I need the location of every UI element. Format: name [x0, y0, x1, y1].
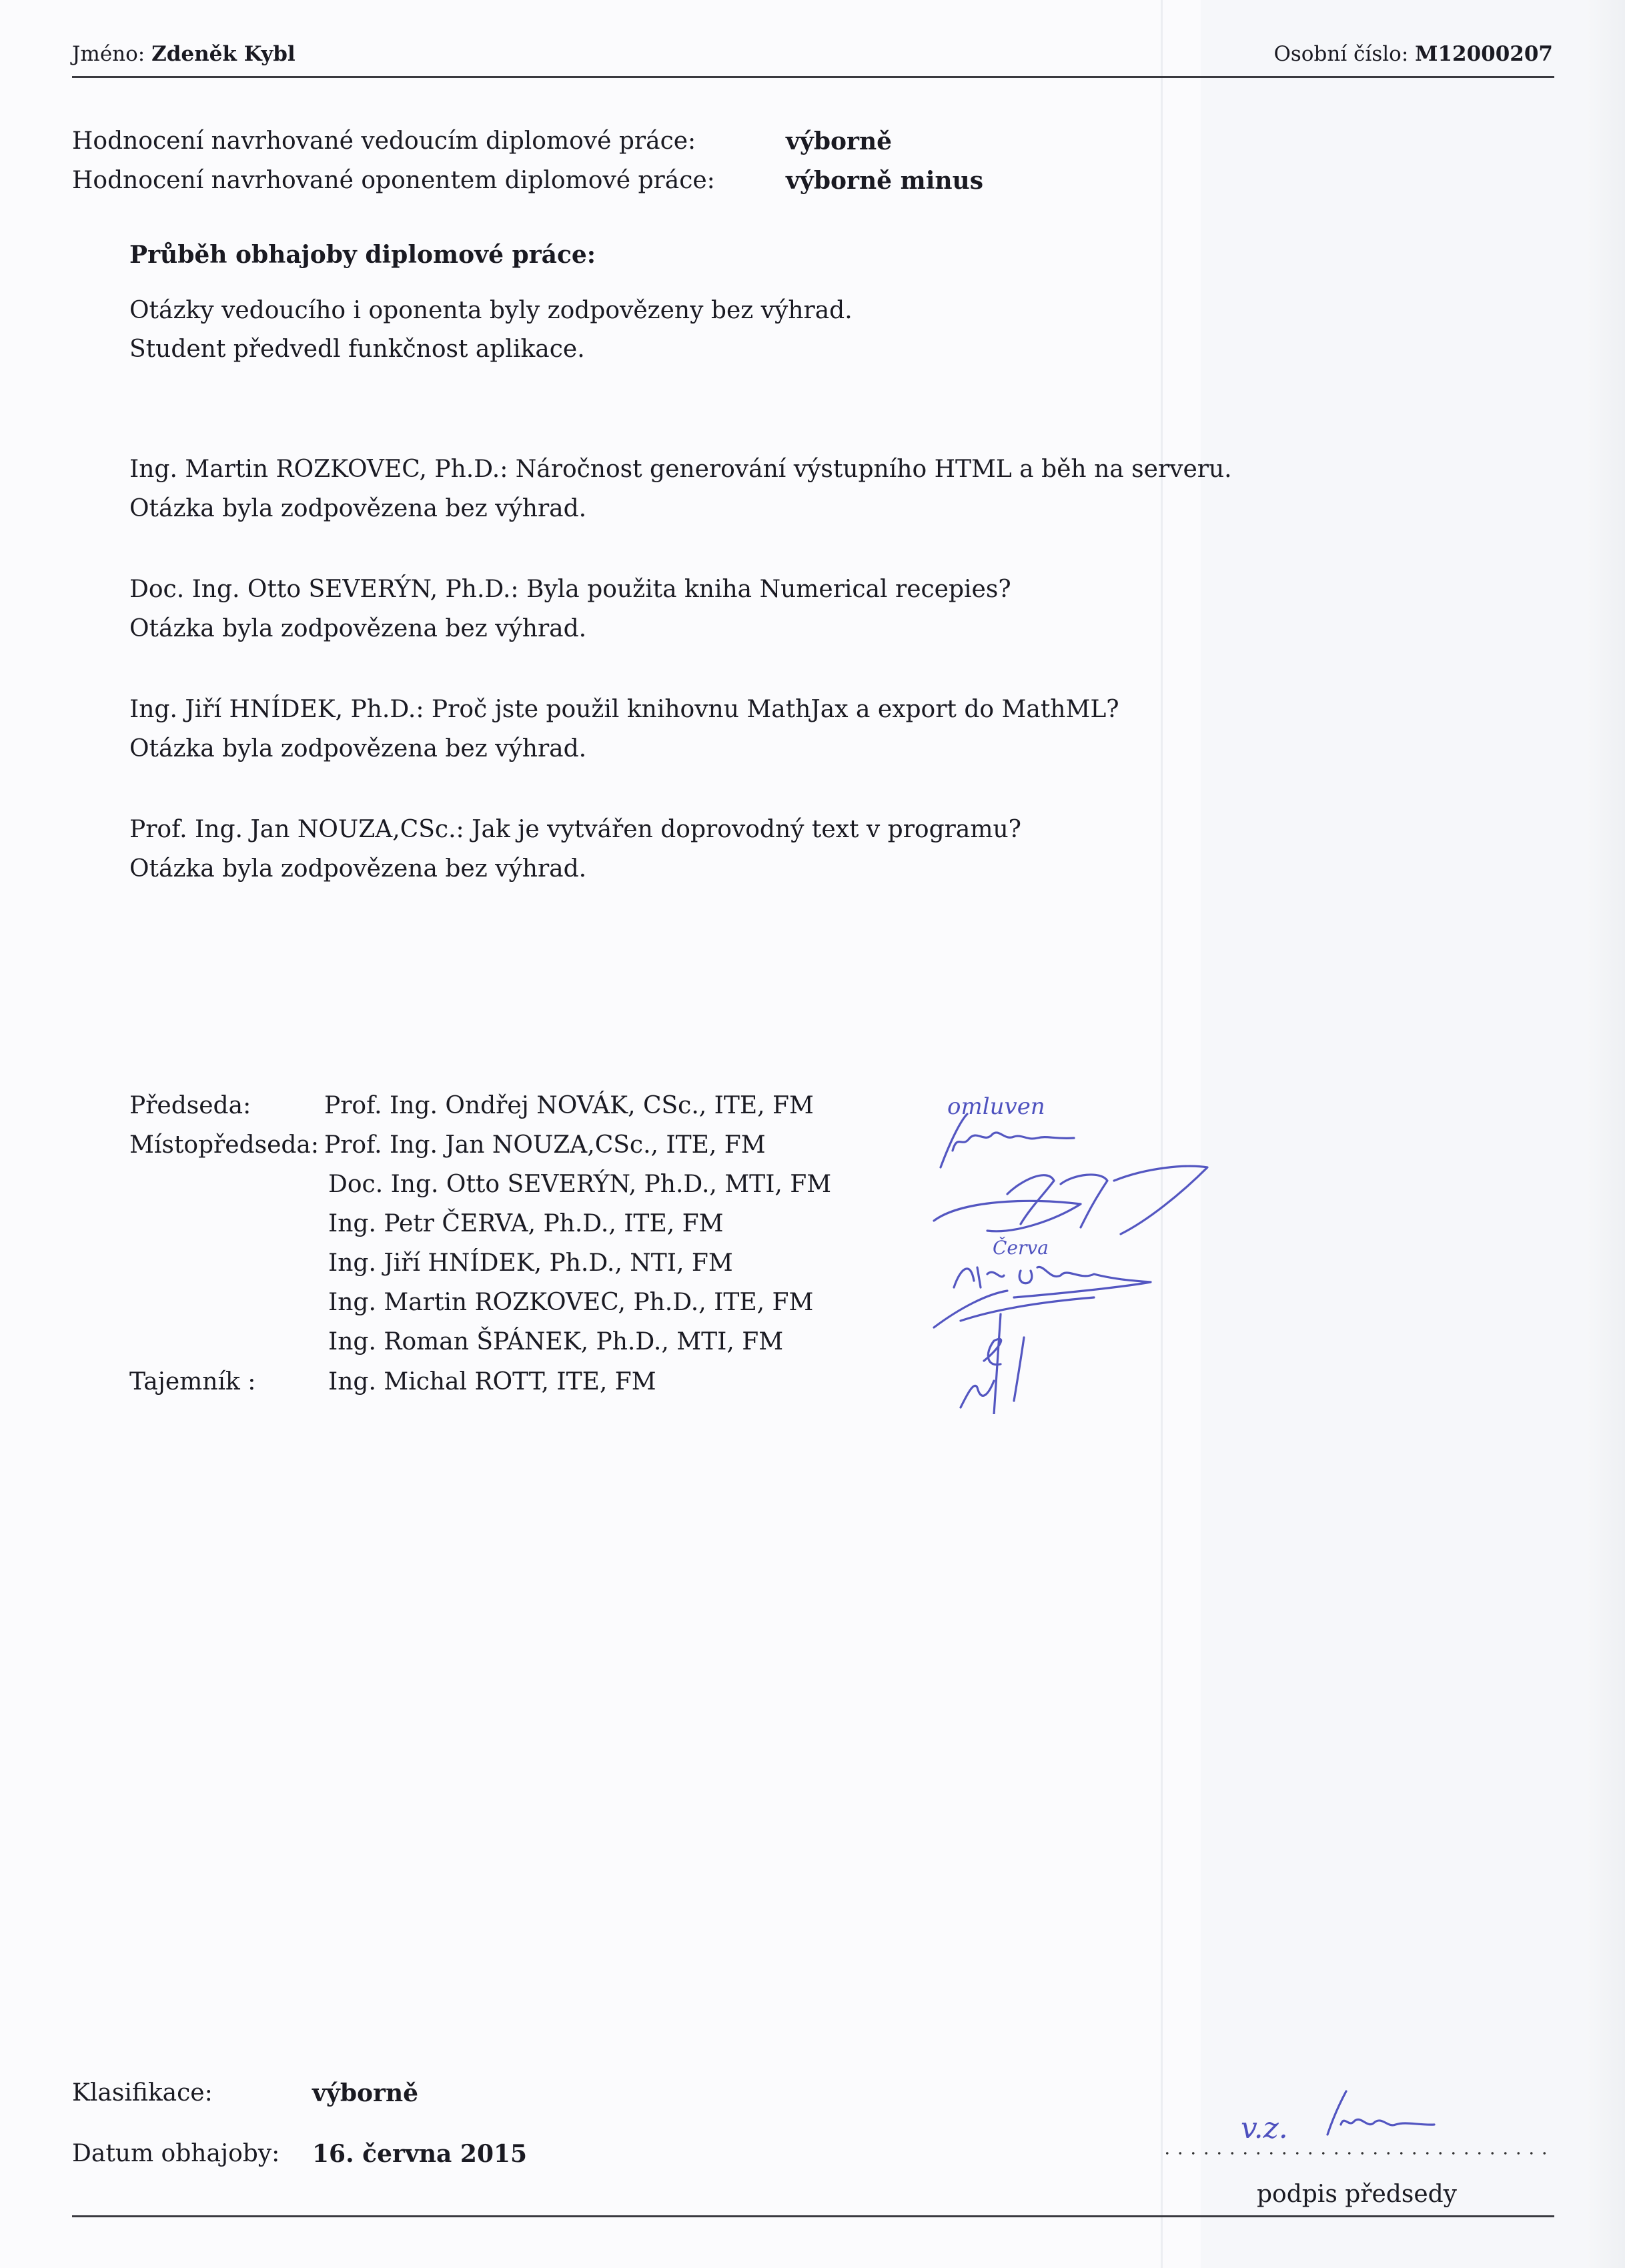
date-label: Datum obhajoby:	[72, 2142, 280, 2166]
committee-signatures: omluven Červa	[921, 1067, 1267, 1414]
defense-summary-2: Student předvedl funkčnost aplikace.	[129, 338, 585, 362]
classification-label: Klasifikace:	[72, 2081, 213, 2105]
name-value: Zdeněk Kybl	[151, 42, 296, 66]
signature-line	[1161, 2152, 1554, 2155]
id-value: M12000207	[1415, 42, 1553, 66]
rating-label-opponent: Hodnocení navrhované oponentem diplomové…	[72, 169, 715, 193]
cerva-note-text: Červa	[993, 1236, 1049, 1259]
answer-3: Otázka byla zodpovězena bez výhrad.	[129, 737, 586, 761]
committee-member-1: Prof. Ing. Ondřej NOVÁK, CSc., ITE, FM	[324, 1094, 814, 1118]
chair-label: Předseda:	[129, 1094, 251, 1118]
id-label: Osobní číslo:	[1273, 42, 1408, 66]
rating-value-opponent: výborně minus	[786, 169, 983, 193]
chair-signature-note: v.z.	[1241, 2111, 1288, 2145]
answer-1: Otázka byla zodpovězena bez výhrad.	[129, 497, 586, 521]
vice-chair-label: Místopředseda:	[129, 1133, 319, 1157]
committee-member-8: Ing. Michal ROTT, ITE, FM	[328, 1370, 656, 1394]
question-4: Prof. Ing. Jan NOUZA,CSc.: Jak je vytvář…	[129, 818, 1021, 842]
answer-4: Otázka byla zodpovězena bez výhrad.	[129, 857, 586, 881]
committee-member-7: Ing. Roman ŠPÁNEK, Ph.D., MTI, FM	[328, 1330, 783, 1354]
secretary-label: Tajemník :	[129, 1370, 255, 1394]
name-label: Jméno:	[72, 42, 145, 66]
committee-member-2: Prof. Ing. Jan NOUZA,CSc., ITE, FM	[324, 1133, 766, 1157]
rating-label-supervisor: Hodnocení navrhované vedoucím diplomové …	[72, 129, 696, 153]
answer-2: Otázka byla zodpovězena bez výhrad.	[129, 617, 586, 641]
rating-value-supervisor: výborně	[786, 129, 892, 153]
question-1: Ing. Martin ROZKOVEC, Ph.D.: Náročnost g…	[129, 458, 1232, 482]
committee-member-3: Doc. Ing. Otto SEVERÝN, Ph.D., MTI, FM	[328, 1173, 831, 1197]
header-id: Osobní číslo: M12000207	[1273, 44, 1553, 65]
signature-caption: podpis předsedy	[1257, 2183, 1457, 2207]
committee-member-5: Ing. Jiří HNÍDEK, Ph.D., NTI, FM	[328, 1251, 733, 1275]
scan-edge-shading	[1588, 0, 1625, 2268]
question-2: Doc. Ing. Otto SEVERÝN, Ph.D.: Byla použ…	[129, 578, 1011, 602]
date-value: 16. června 2015	[312, 2142, 527, 2166]
header-rule	[72, 76, 1554, 78]
footer-rule	[72, 2215, 1554, 2217]
defense-summary-1: Otázky vedoucího i oponenta byly zodpově…	[129, 299, 853, 323]
committee-member-4: Ing. Petr ČERVA, Ph.D., ITE, FM	[328, 1212, 723, 1236]
chair-signature: v.z.	[1227, 2088, 1521, 2148]
committee-member-6: Ing. Martin ROZKOVEC, Ph.D., ITE, FM	[328, 1291, 813, 1315]
header-name: Jméno: Zdeněk Kybl	[72, 44, 296, 65]
defense-heading: Průběh obhajoby diplomové práce:	[129, 243, 596, 267]
classification-value: výborně	[312, 2081, 418, 2105]
chair-note-text: omluven	[947, 1093, 1045, 1120]
question-3: Ing. Jiří HNÍDEK, Ph.D.: Proč jste použi…	[129, 698, 1119, 722]
